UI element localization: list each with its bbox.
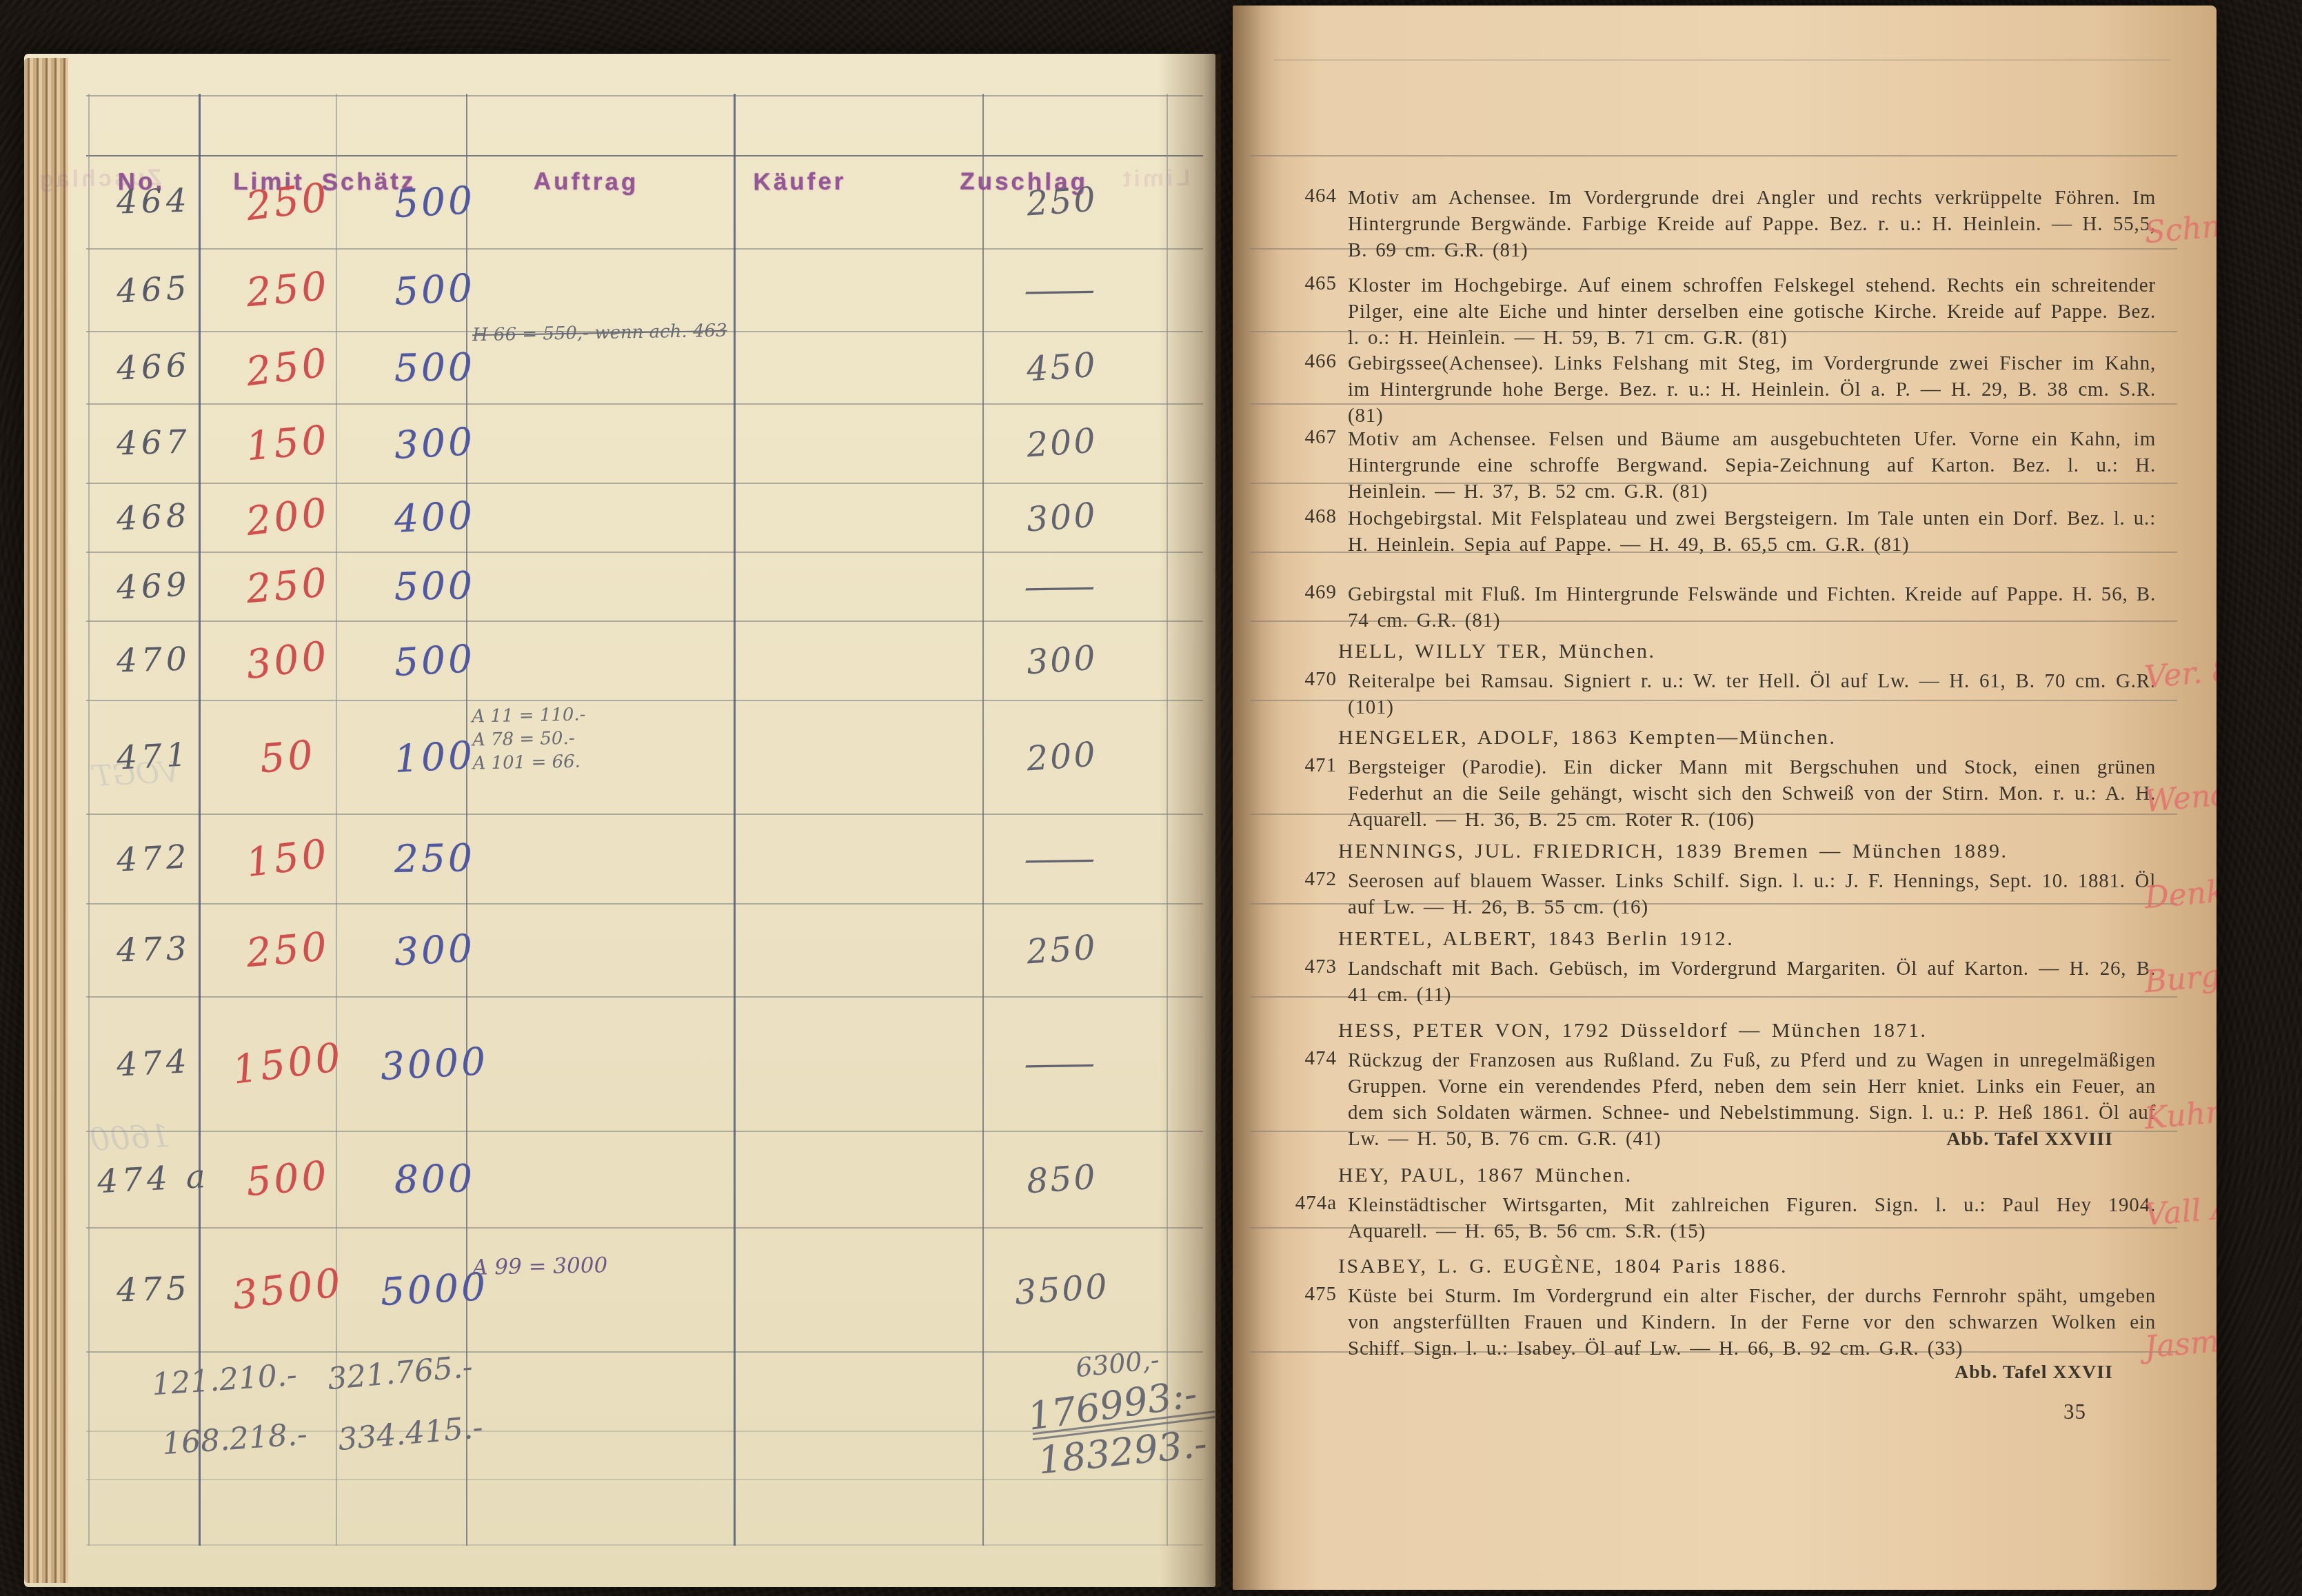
limit-value: 150 bbox=[244, 831, 332, 886]
lot-number-handwritten: 473 bbox=[116, 930, 191, 970]
catalog-entry: HESS, PETER VON, 1792 Düsseldorf — Münch… bbox=[1293, 1019, 2168, 1152]
limit-value: 250 bbox=[244, 560, 331, 612]
hammer-price-value: 850 bbox=[1025, 1157, 1098, 1201]
catalog-entry: HELL, WILLY TER, München. 470 Reiteralpe… bbox=[1293, 640, 2168, 720]
catalog-entry: HEY, PAUL, 1867 München. 474a Kleinstädt… bbox=[1293, 1164, 2168, 1244]
lot-number: 473 bbox=[1293, 956, 1337, 1008]
buyer-margin-annotation: 〃 bbox=[2216, 269, 2217, 376]
lot-description: Küste bei Sturm. Im Vordergrund ein alte… bbox=[1348, 1283, 2156, 1362]
lot-number-handwritten: 467 bbox=[116, 423, 191, 463]
bleedthrough-ghost: 1600 bbox=[89, 1117, 172, 1158]
hammer-price-value: 200 bbox=[1025, 421, 1098, 465]
lot-number: 465 bbox=[1293, 272, 1337, 351]
ruled-line bbox=[86, 1544, 1203, 1546]
buyer-margin-annotation: 〃 bbox=[2216, 347, 2217, 454]
limit-value: 200 bbox=[244, 489, 332, 545]
lot-number: 474a bbox=[1293, 1192, 1337, 1244]
ledger-row: 470 300 500 300 bbox=[86, 620, 1210, 700]
lot-description: Reiteralpe bei Ramsau. Signiert r. u.: W… bbox=[1348, 668, 2156, 720]
auftrag-pencil-note: H 66 = 550,- wenn ach. 463 bbox=[472, 319, 727, 347]
artist-header: HEY, PAUL, 1867 München. bbox=[1338, 1164, 2168, 1187]
auftrag-pencil-note: A 11 = 110.- A 78 = 50.- A 101 = 66. bbox=[472, 703, 587, 776]
limit-value: 1500 bbox=[230, 1034, 346, 1093]
hammer-price-value: 3500 bbox=[1013, 1266, 1110, 1312]
plate-reference: Abb. Tafel XXVIII bbox=[1946, 1129, 2113, 1151]
limit-value: 250 bbox=[244, 174, 332, 229]
total-limit-1: 121.210.- bbox=[150, 1357, 298, 1403]
lot-number-handwritten: 468 bbox=[115, 496, 191, 538]
catalog-entry: 467 Motiv am Achensee. Felsen und Bäume … bbox=[1293, 426, 2168, 505]
auftrag-pencil-note: A 99 = 3000 bbox=[472, 1253, 608, 1279]
lot-number-handwritten: 466 bbox=[115, 346, 191, 388]
lot-description: Seerosen auf blauem Wasser. Links Schilf… bbox=[1348, 868, 2156, 920]
ledger-row: 471 50 100 A 11 = 110.- A 78 = 50.- A 10… bbox=[86, 700, 1210, 814]
catalog-entry: HERTEL, ALBERT, 1843 Berlin 1912. 473 La… bbox=[1293, 927, 2168, 1008]
lot-description: Kleinstädtischer Wirtsgarten, Mit zahlre… bbox=[1348, 1192, 2156, 1244]
buyer-margin-annotation: Burghard bbox=[2143, 945, 2217, 1000]
hammer-price-value: 300 bbox=[1025, 495, 1098, 539]
estimate-value: 500 bbox=[393, 636, 476, 684]
bleedthrough-ghost: VOGT bbox=[92, 755, 181, 794]
artist-header: HESS, PETER VON, 1792 Düsseldorf — Münch… bbox=[1338, 1019, 2168, 1042]
catalog-entry: 466 Gebirgssee(Achensee). Links Felshang… bbox=[1293, 350, 2168, 429]
lot-number: 469 bbox=[1293, 581, 1337, 634]
hammer-price-value: — bbox=[1021, 566, 1103, 607]
catalog-entry: 469 Gebirgstal mit Fluß. Im Hintergrunde… bbox=[1293, 581, 2168, 634]
estimate-value: 250 bbox=[394, 836, 475, 881]
lot-number-handwritten: 474 bbox=[115, 1042, 191, 1084]
lot-number-handwritten: 474 a bbox=[97, 1157, 210, 1200]
ledger-row: 475 3500 5000 A 99 = 3000 3500 bbox=[86, 1227, 1210, 1351]
hammer-price-value: 450 bbox=[1025, 345, 1098, 389]
limit-value: 300 bbox=[244, 632, 332, 687]
catalog-column: 464 Motiv am Achensee. Im Vordergrunde d… bbox=[1293, 6, 2210, 1590]
hammer-price-value: 200 bbox=[1025, 734, 1098, 778]
limit-value: 150 bbox=[244, 416, 331, 469]
lot-description: Gebirgstal mit Fluß. Im Hintergrunde Fel… bbox=[1348, 581, 2156, 634]
artist-header: HERTEL, ALBERT, 1843 Berlin 1912. bbox=[1338, 927, 2168, 951]
lot-description: Bergsteiger (Parodie). Ein dicker Mann m… bbox=[1348, 754, 2156, 833]
artist-header: ISABEY, L. G. EUGÈNE, 1804 Paris 1886. bbox=[1338, 1255, 2168, 1278]
buyer-margin-annotation: 〃 bbox=[2216, 498, 2217, 606]
ledger-row: 464 250 500 250 bbox=[86, 155, 1210, 248]
lot-description: Kloster im Hochgebirge. Auf einem schrof… bbox=[1348, 272, 2156, 351]
lot-number: 468 bbox=[1293, 505, 1337, 558]
ledger-row: 472 150 250 — bbox=[86, 814, 1210, 903]
buyer-margin-annotation: 〃 bbox=[2216, 426, 2217, 534]
gutter-shadow bbox=[1159, 54, 1221, 1587]
catalog-entry: HENNINGS, JUL. FRIEDRICH, 1839 Bremen — … bbox=[1293, 840, 2168, 920]
lot-number: 472 bbox=[1293, 868, 1337, 920]
book-scan: { "left_page": { "headers": ["No.", "Lim… bbox=[0, 0, 2302, 1596]
lot-number-handwritten: 470 bbox=[116, 640, 191, 680]
limit-value: 500 bbox=[244, 1153, 331, 1205]
estimate-value: 400 bbox=[393, 493, 476, 541]
hammer-price-value: 250 bbox=[1025, 927, 1098, 971]
hammer-price-value: — bbox=[1021, 838, 1103, 879]
catalog-entry: 468 Hochgebirgstal. Mit Felsplateau und … bbox=[1293, 505, 2168, 558]
total-limit-2: 168.218.- bbox=[161, 1417, 308, 1462]
lot-description: Landschaft mit Bach. Gebüsch, im Vorderg… bbox=[1348, 956, 2156, 1008]
total-schaetz-2: 334.415.- bbox=[336, 1410, 484, 1457]
lot-number: 470 bbox=[1293, 668, 1337, 720]
limit-value: 3500 bbox=[230, 1260, 346, 1318]
lot-number-handwritten: 475 bbox=[116, 1269, 191, 1309]
lot-number: 471 bbox=[1293, 754, 1337, 833]
lot-number-handwritten: 465 bbox=[115, 269, 191, 311]
ruled-line bbox=[86, 1351, 1203, 1353]
ledger-row: 473 250 300 250 bbox=[86, 903, 1210, 996]
lot-number-handwritten: 464 bbox=[116, 182, 191, 222]
plate-reference: Abb. Tafel XXVII bbox=[1293, 1362, 2113, 1384]
ruled-line bbox=[86, 1479, 1203, 1480]
lot-number: 466 bbox=[1293, 350, 1337, 429]
lot-description: Motiv am Achensee. Felsen und Bäume am a… bbox=[1348, 426, 2156, 505]
ledger-row: 474 1500 3000 — bbox=[86, 996, 1210, 1131]
artist-header: HENGELER, ADOLF, 1863 Kempten—München. bbox=[1338, 726, 2168, 749]
limit-value: 250 bbox=[244, 263, 331, 316]
lot-number-handwritten: 472 bbox=[115, 838, 191, 880]
estimate-value: 800 bbox=[394, 1156, 475, 1202]
estimate-value: 300 bbox=[393, 418, 476, 467]
estimate-value: 500 bbox=[394, 563, 475, 609]
lot-number: 464 bbox=[1293, 185, 1337, 263]
catalog-entry: ISABEY, L. G. EUGÈNE, 1804 Paris 1886. 4… bbox=[1293, 1255, 2168, 1384]
ruled-line bbox=[86, 95, 1203, 97]
ledger-row: 465 250 500 — bbox=[86, 248, 1210, 331]
hammer-price-value: — bbox=[1021, 270, 1103, 310]
page-number: 35 bbox=[2063, 1400, 2086, 1424]
ledger-row: 474 a 500 800 850 bbox=[86, 1131, 1210, 1227]
ledger-page: Zuschlag Limit No.LimitSchätzAuftragKäuf… bbox=[24, 54, 1215, 1587]
catalog-entry: 464 Motiv am Achensee. Im Vordergrunde d… bbox=[1293, 185, 2168, 263]
lot-description: Motiv am Achensee. Im Vordergrunde drei … bbox=[1348, 185, 2156, 263]
hammer-price-value: — bbox=[1021, 1043, 1103, 1084]
catalog-entry: HENGELER, ADOLF, 1863 Kempten—München. 4… bbox=[1293, 726, 2168, 833]
limit-value: 250 bbox=[244, 339, 332, 394]
lot-number: 474 bbox=[1293, 1047, 1337, 1152]
limit-value: 50 bbox=[259, 731, 318, 782]
catalog-entry: 465 Kloster im Hochgebirge. Auf einem sc… bbox=[1293, 272, 2168, 351]
estimate-value: 500 bbox=[394, 344, 475, 390]
lot-description: Hochgebirgstal. Mit Felsplateau und zwei… bbox=[1348, 505, 2156, 558]
catalog-page: 464 Motiv am Achensee. Im Vordergrunde d… bbox=[1233, 6, 2217, 1590]
hammer-price-value: 250 bbox=[1025, 179, 1098, 223]
estimate-value: 500 bbox=[393, 177, 476, 225]
ledger-row: 469 250 500 — bbox=[86, 552, 1210, 620]
lot-number: 467 bbox=[1293, 426, 1337, 505]
ledger-row: 466 250 500 H 66 = 550,- wenn ach. 463 4… bbox=[86, 331, 1210, 403]
lot-number-handwritten: 469 bbox=[115, 565, 191, 607]
estimate-value: 500 bbox=[393, 265, 476, 314]
ledger-row: 468 200 400 300 bbox=[86, 483, 1210, 552]
estimate-value: 300 bbox=[393, 925, 476, 973]
estimate-value: 100 bbox=[393, 732, 476, 780]
ledger-row: 467 150 300 200 bbox=[86, 403, 1210, 483]
hammer-price-value: 300 bbox=[1025, 638, 1098, 682]
page-edge-stack bbox=[24, 58, 68, 1583]
artist-header: HENNINGS, JUL. FRIEDRICH, 1839 Bremen — … bbox=[1338, 840, 2168, 863]
limit-value: 250 bbox=[244, 923, 331, 976]
total-schaetz-1: 321.765.- bbox=[326, 1349, 474, 1397]
lot-number: 475 bbox=[1293, 1283, 1337, 1362]
artist-header: HELL, WILLY TER, München. bbox=[1338, 640, 2168, 663]
lot-description: Gebirgssee(Achensee). Links Felshang mit… bbox=[1348, 350, 2156, 429]
